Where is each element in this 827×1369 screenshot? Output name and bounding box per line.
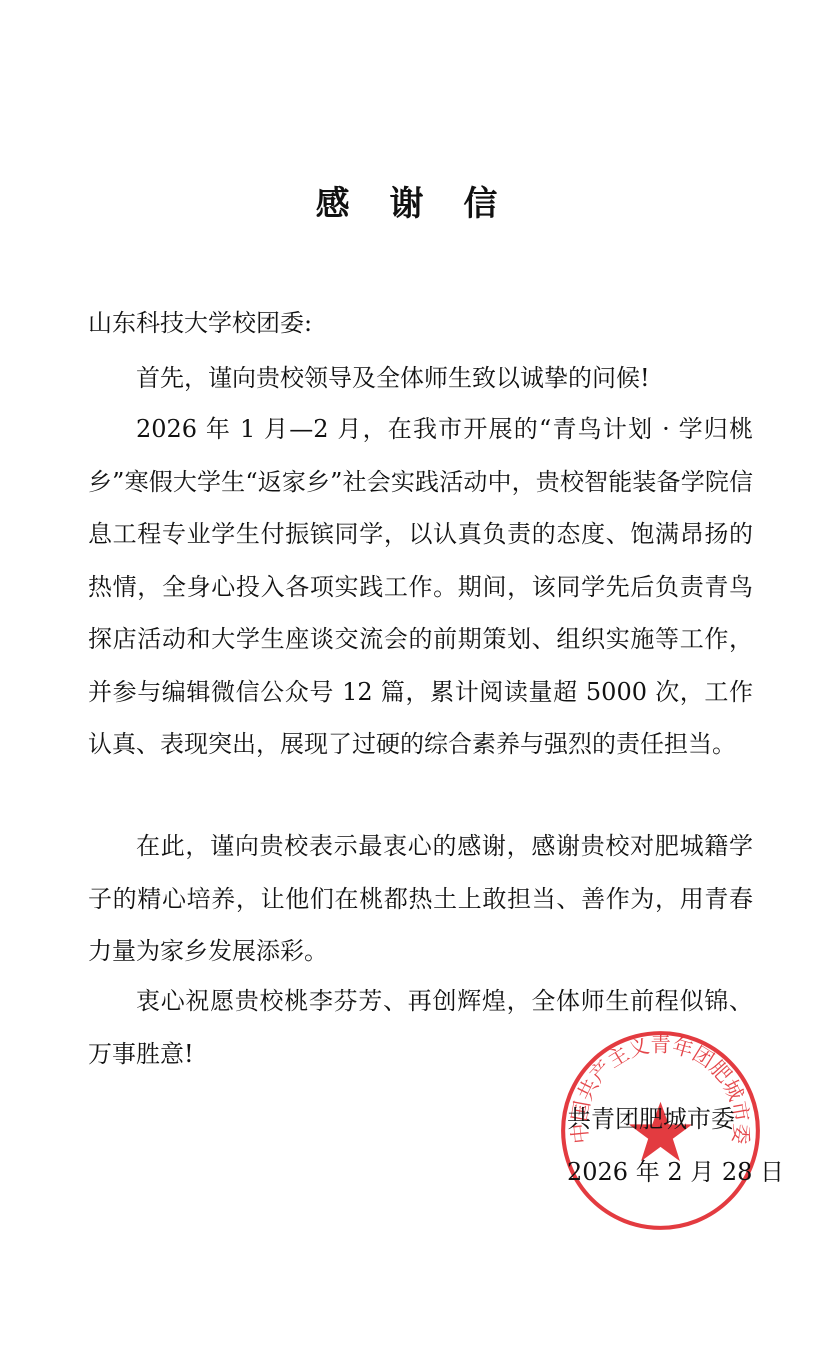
paragraph-activity: 2026 年 1 月—2 月，在我市开展的“青鸟计划 · 学归桃乡”寒假大学生“… (88, 403, 753, 771)
paragraph-thanks: 在此，谨向贵校表示最衷心的感谢，感谢贵校对肥城籍学子的精心培养，让他们在桃都热土… (88, 820, 753, 978)
signature-organization: 共青团肥城市委 (567, 1099, 735, 1134)
paragraph-wishes: 衷心祝愿贵校桃李芬芳、再创辉煌，全体师生前程似锦、万事胜意! (88, 975, 753, 1080)
letter-title: 感 谢 信 (0, 176, 827, 225)
signature-date: 2026 年 2 月 28 日 (567, 1152, 784, 1187)
paragraph-greeting: 首先，谨向贵校领导及全体师生致以诚挚的问候! (88, 352, 753, 405)
salutation: 山东科技大学校团委: (88, 303, 312, 338)
